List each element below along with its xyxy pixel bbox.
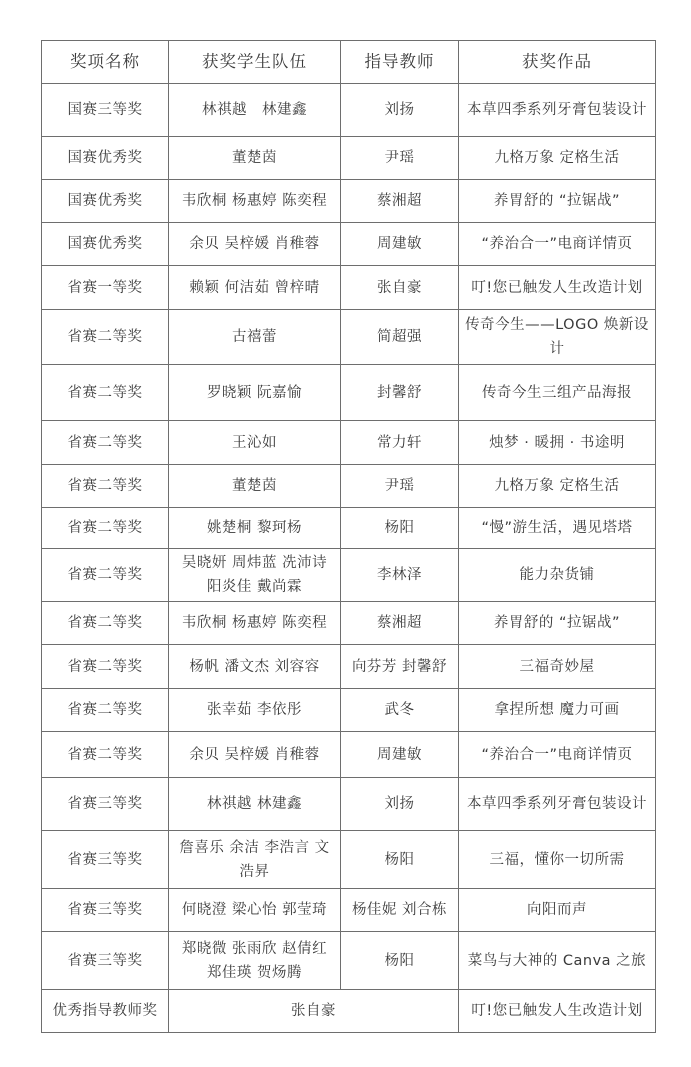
team-cell: 吴晓妍 周炜蓝 冼沛诗 阳炎佳 戴尚霖 <box>169 549 341 602</box>
work-cell: 传奇今生三组产品海报 <box>459 365 656 421</box>
table-row: 省赛一等奖赖颖 何洁茹 曾梓晴张自豪叮!您已触发人生改造计划 <box>42 266 656 310</box>
award-cell: 省赛二等奖 <box>42 732 169 778</box>
teacher-cell: 杨佳妮 刘合栋 <box>341 889 459 932</box>
award-cell: 省赛三等奖 <box>42 889 169 932</box>
teacher-cell: 杨阳 <box>341 831 459 889</box>
award-cell: 省赛二等奖 <box>42 602 169 645</box>
award-cell: 省赛二等奖 <box>42 508 169 549</box>
team-cell: 余贝 吴梓媛 肖稚蓉 <box>169 732 341 778</box>
work-cell: 拿捏所想 魔力可画 <box>459 689 656 732</box>
teacher-cell: 周建敏 <box>341 732 459 778</box>
team-cell: 林祺越 林建鑫 <box>169 778 341 831</box>
teacher-cell: 尹瑶 <box>341 137 459 180</box>
work-cell: “养治合一”电商详情页 <box>459 732 656 778</box>
work-cell: 烛梦 · 暖拥 · 书途明 <box>459 421 656 465</box>
header-teacher: 指导教师 <box>341 41 459 84</box>
team-cell: 杨帆 潘文杰 刘容容 <box>169 645 341 689</box>
teacher-cell: 张自豪 <box>169 990 459 1033</box>
team-cell: 姚楚桐 黎珂杨 <box>169 508 341 549</box>
work-cell: 向阳而声 <box>459 889 656 932</box>
team-cell: 董楚茵 <box>169 137 341 180</box>
award-cell: 省赛一等奖 <box>42 266 169 310</box>
team-cell: 林祺越 林建鑫 <box>169 84 341 137</box>
work-cell: 传奇今生——LOGO 焕新设计 <box>459 310 656 365</box>
header-student-team: 获奖学生队伍 <box>169 41 341 84</box>
work-cell: 叮!您已触发人生改造计划 <box>459 266 656 310</box>
table-row: 省赛二等奖姚楚桐 黎珂杨杨阳“慢”游生活，遇见塔塔 <box>42 508 656 549</box>
work-cell: 养胃舒的 “拉锯战” <box>459 180 656 223</box>
team-cell: 詹喜乐 余洁 李浩言 文浩昇 <box>169 831 341 889</box>
team-cell: 古禧蕾 <box>169 310 341 365</box>
award-cell: 省赛二等奖 <box>42 421 169 465</box>
award-cell: 省赛二等奖 <box>42 689 169 732</box>
award-cell: 省赛三等奖 <box>42 932 169 990</box>
teacher-cell: 尹瑶 <box>341 465 459 508</box>
award-cell: 省赛二等奖 <box>42 549 169 602</box>
teacher-cell: 李林泽 <box>341 549 459 602</box>
team-cell: 赖颖 何洁茹 曾梓晴 <box>169 266 341 310</box>
teacher-cell: 封馨舒 <box>341 365 459 421</box>
teacher-cell: 蔡湘超 <box>341 602 459 645</box>
work-cell: 九格万象 定格生活 <box>459 137 656 180</box>
work-cell: 养胃舒的 “拉锯战” <box>459 602 656 645</box>
teacher-cell: 蔡湘超 <box>341 180 459 223</box>
teacher-cell: 周建敏 <box>341 223 459 266</box>
work-cell: 本草四季系列牙膏包装设计 <box>459 84 656 137</box>
table-row: 省赛二等奖罗晓颖 阮嘉愉封馨舒传奇今生三组产品海报 <box>42 365 656 421</box>
work-cell: 能力杂货铺 <box>459 549 656 602</box>
award-cell: 优秀指导教师奖 <box>42 990 169 1033</box>
table-row: 省赛二等奖韦欣桐 杨惠婷 陈奕程蔡湘超养胃舒的 “拉锯战” <box>42 602 656 645</box>
teacher-cell: 向芬芳 封馨舒 <box>341 645 459 689</box>
team-cell: 张幸茹 李依彤 <box>169 689 341 732</box>
awards-table: 奖项名称 获奖学生队伍 指导教师 获奖作品 国赛三等奖林祺越 林建鑫刘扬本草四季… <box>41 40 656 1033</box>
table-row: 国赛优秀奖余贝 吴梓媛 肖稚蓉周建敏“养治合一”电商详情页 <box>42 223 656 266</box>
table-row: 省赛三等奖林祺越 林建鑫刘扬本草四季系列牙膏包装设计 <box>42 778 656 831</box>
teacher-cell: 杨阳 <box>341 508 459 549</box>
award-cell: 省赛二等奖 <box>42 645 169 689</box>
work-cell: 本草四季系列牙膏包装设计 <box>459 778 656 831</box>
team-cell: 韦欣桐 杨惠婷 陈奕程 <box>169 602 341 645</box>
table-row: 省赛三等奖詹喜乐 余洁 李浩言 文浩昇杨阳三福，懂你一切所需 <box>42 831 656 889</box>
teacher-cell: 简超强 <box>341 310 459 365</box>
team-cell: 王沁如 <box>169 421 341 465</box>
header-award-name: 奖项名称 <box>42 41 169 84</box>
header-work: 获奖作品 <box>459 41 656 84</box>
table-row: 国赛优秀奖董楚茵尹瑶九格万象 定格生活 <box>42 137 656 180</box>
team-cell: 韦欣桐 杨惠婷 陈奕程 <box>169 180 341 223</box>
teacher-cell: 刘扬 <box>341 84 459 137</box>
teacher-cell: 杨阳 <box>341 932 459 990</box>
work-cell: 三福奇妙屋 <box>459 645 656 689</box>
table-row: 省赛二等奖吴晓妍 周炜蓝 冼沛诗 阳炎佳 戴尚霖李林泽能力杂货铺 <box>42 549 656 602</box>
table-row: 省赛三等奖郑晓微 张雨欣 赵倩红 郑佳瑛 贺炀腾杨阳菜鸟与大神的 Canva 之… <box>42 932 656 990</box>
table-row: 省赛二等奖张幸茹 李依彤武冬拿捏所想 魔力可画 <box>42 689 656 732</box>
award-cell: 国赛优秀奖 <box>42 180 169 223</box>
table-row: 国赛三等奖林祺越 林建鑫刘扬本草四季系列牙膏包装设计 <box>42 84 656 137</box>
table-row: 省赛二等奖古禧蕾简超强传奇今生——LOGO 焕新设计 <box>42 310 656 365</box>
work-cell: 菜鸟与大神的 Canva 之旅 <box>459 932 656 990</box>
award-cell: 国赛优秀奖 <box>42 137 169 180</box>
teacher-cell: 张自豪 <box>341 266 459 310</box>
work-cell: “养治合一”电商详情页 <box>459 223 656 266</box>
award-cell: 省赛二等奖 <box>42 465 169 508</box>
team-cell: 余贝 吴梓媛 肖稚蓉 <box>169 223 341 266</box>
team-cell: 罗晓颖 阮嘉愉 <box>169 365 341 421</box>
award-cell: 省赛三等奖 <box>42 831 169 889</box>
header-row: 奖项名称 获奖学生队伍 指导教师 获奖作品 <box>42 41 656 84</box>
table-row: 省赛二等奖杨帆 潘文杰 刘容容向芬芳 封馨舒三福奇妙屋 <box>42 645 656 689</box>
teacher-cell: 刘扬 <box>341 778 459 831</box>
award-cell: 国赛优秀奖 <box>42 223 169 266</box>
work-cell: 叮!您已触发人生改造计划 <box>459 990 656 1033</box>
table-row: 省赛二等奖董楚茵尹瑶九格万象 定格生活 <box>42 465 656 508</box>
table-row: 省赛三等奖何晓澄 梁心怡 郭莹琦杨佳妮 刘合栋向阳而声 <box>42 889 656 932</box>
table-row: 省赛二等奖余贝 吴梓媛 肖稚蓉周建敏“养治合一”电商详情页 <box>42 732 656 778</box>
table-row: 国赛优秀奖韦欣桐 杨惠婷 陈奕程蔡湘超养胃舒的 “拉锯战” <box>42 180 656 223</box>
award-cell: 省赛三等奖 <box>42 778 169 831</box>
award-cell: 省赛二等奖 <box>42 310 169 365</box>
team-cell: 董楚茵 <box>169 465 341 508</box>
teacher-cell: 常力轩 <box>341 421 459 465</box>
award-cell: 省赛二等奖 <box>42 365 169 421</box>
team-cell: 何晓澄 梁心怡 郭莹琦 <box>169 889 341 932</box>
work-cell: 九格万象 定格生活 <box>459 465 656 508</box>
table-row: 省赛二等奖王沁如常力轩烛梦 · 暖拥 · 书途明 <box>42 421 656 465</box>
work-cell: 三福，懂你一切所需 <box>459 831 656 889</box>
table-row-teacher-award: 优秀指导教师奖张自豪叮!您已触发人生改造计划 <box>42 990 656 1033</box>
award-cell: 国赛三等奖 <box>42 84 169 137</box>
work-cell: “慢”游生活，遇见塔塔 <box>459 508 656 549</box>
team-cell: 郑晓微 张雨欣 赵倩红 郑佳瑛 贺炀腾 <box>169 932 341 990</box>
teacher-cell: 武冬 <box>341 689 459 732</box>
